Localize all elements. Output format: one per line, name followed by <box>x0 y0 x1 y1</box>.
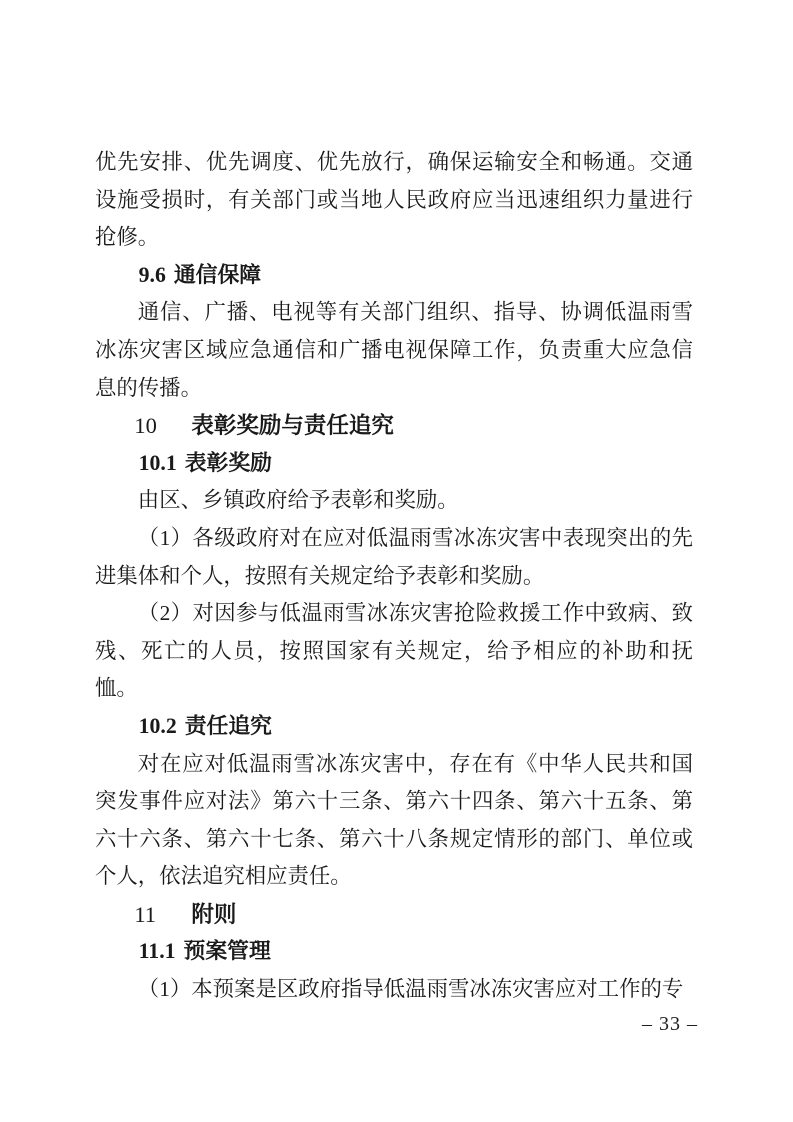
document-content: 优先安排、优先调度、优先放行，确保运输安全和畅通。交通设施受损时，有关部门或当地… <box>95 144 693 1009</box>
heading-number: 9.6 <box>139 263 166 287</box>
section-heading: 10表彰奖励与责任追究 <box>95 407 693 445</box>
heading-title: 预案管理 <box>184 939 271 963</box>
section-heading: 10.1表彰奖励 <box>95 445 693 483</box>
heading-title: 通信保障 <box>174 263 261 287</box>
heading-number: 10.1 <box>139 451 177 475</box>
heading-number: 11.1 <box>139 939 176 963</box>
paragraph: 优先安排、优先调度、优先放行，确保运输安全和畅通。交通设施受损时，有关部门或当地… <box>95 144 693 257</box>
paragraph: 由区、乡镇政府给予表彰和奖励。 <box>95 482 693 520</box>
page-number: – 33 – <box>642 1012 698 1036</box>
section-heading: 10.2责任追究 <box>95 708 693 746</box>
heading-number: 11 <box>134 896 167 934</box>
paragraph: （1）各级政府对在应对低温雨雪冰冻灾害中表现突出的先进集体和个人，按照有关规定给… <box>95 520 693 595</box>
heading-title: 表彰奖励与责任追究 <box>191 413 394 438</box>
heading-title: 责任追究 <box>185 714 272 738</box>
paragraph: 通信、广播、电视等有关部门组织、指导、协调低温雨雪冰冻灾害区域应急通信和广播电视… <box>95 294 693 407</box>
section-heading: 9.6通信保障 <box>95 257 693 295</box>
paragraph: 对在应对低温雨雪冰冻灾害中，存在有《中华人民共和国突发事件应对法》第六十三条、第… <box>95 746 693 896</box>
heading-number: 10.2 <box>139 714 177 738</box>
section-heading: 11附则 <box>95 896 693 934</box>
section-heading: 11.1预案管理 <box>95 933 693 971</box>
heading-title: 附则 <box>191 902 236 927</box>
paragraph: （1）本预案是区政府指导低温雨雪冰冻灾害应对工作的专 <box>95 971 693 1009</box>
heading-number: 10 <box>134 407 167 445</box>
document-page: 优先安排、优先调度、优先放行，确保运输安全和畅通。交通设施受损时，有关部门或当地… <box>0 0 793 1122</box>
heading-title: 表彰奖励 <box>185 451 272 475</box>
paragraph: （2）对因参与低温雨雪冰冻灾害抢险救援工作中致病、致残、死亡的人员，按照国家有关… <box>95 595 693 708</box>
